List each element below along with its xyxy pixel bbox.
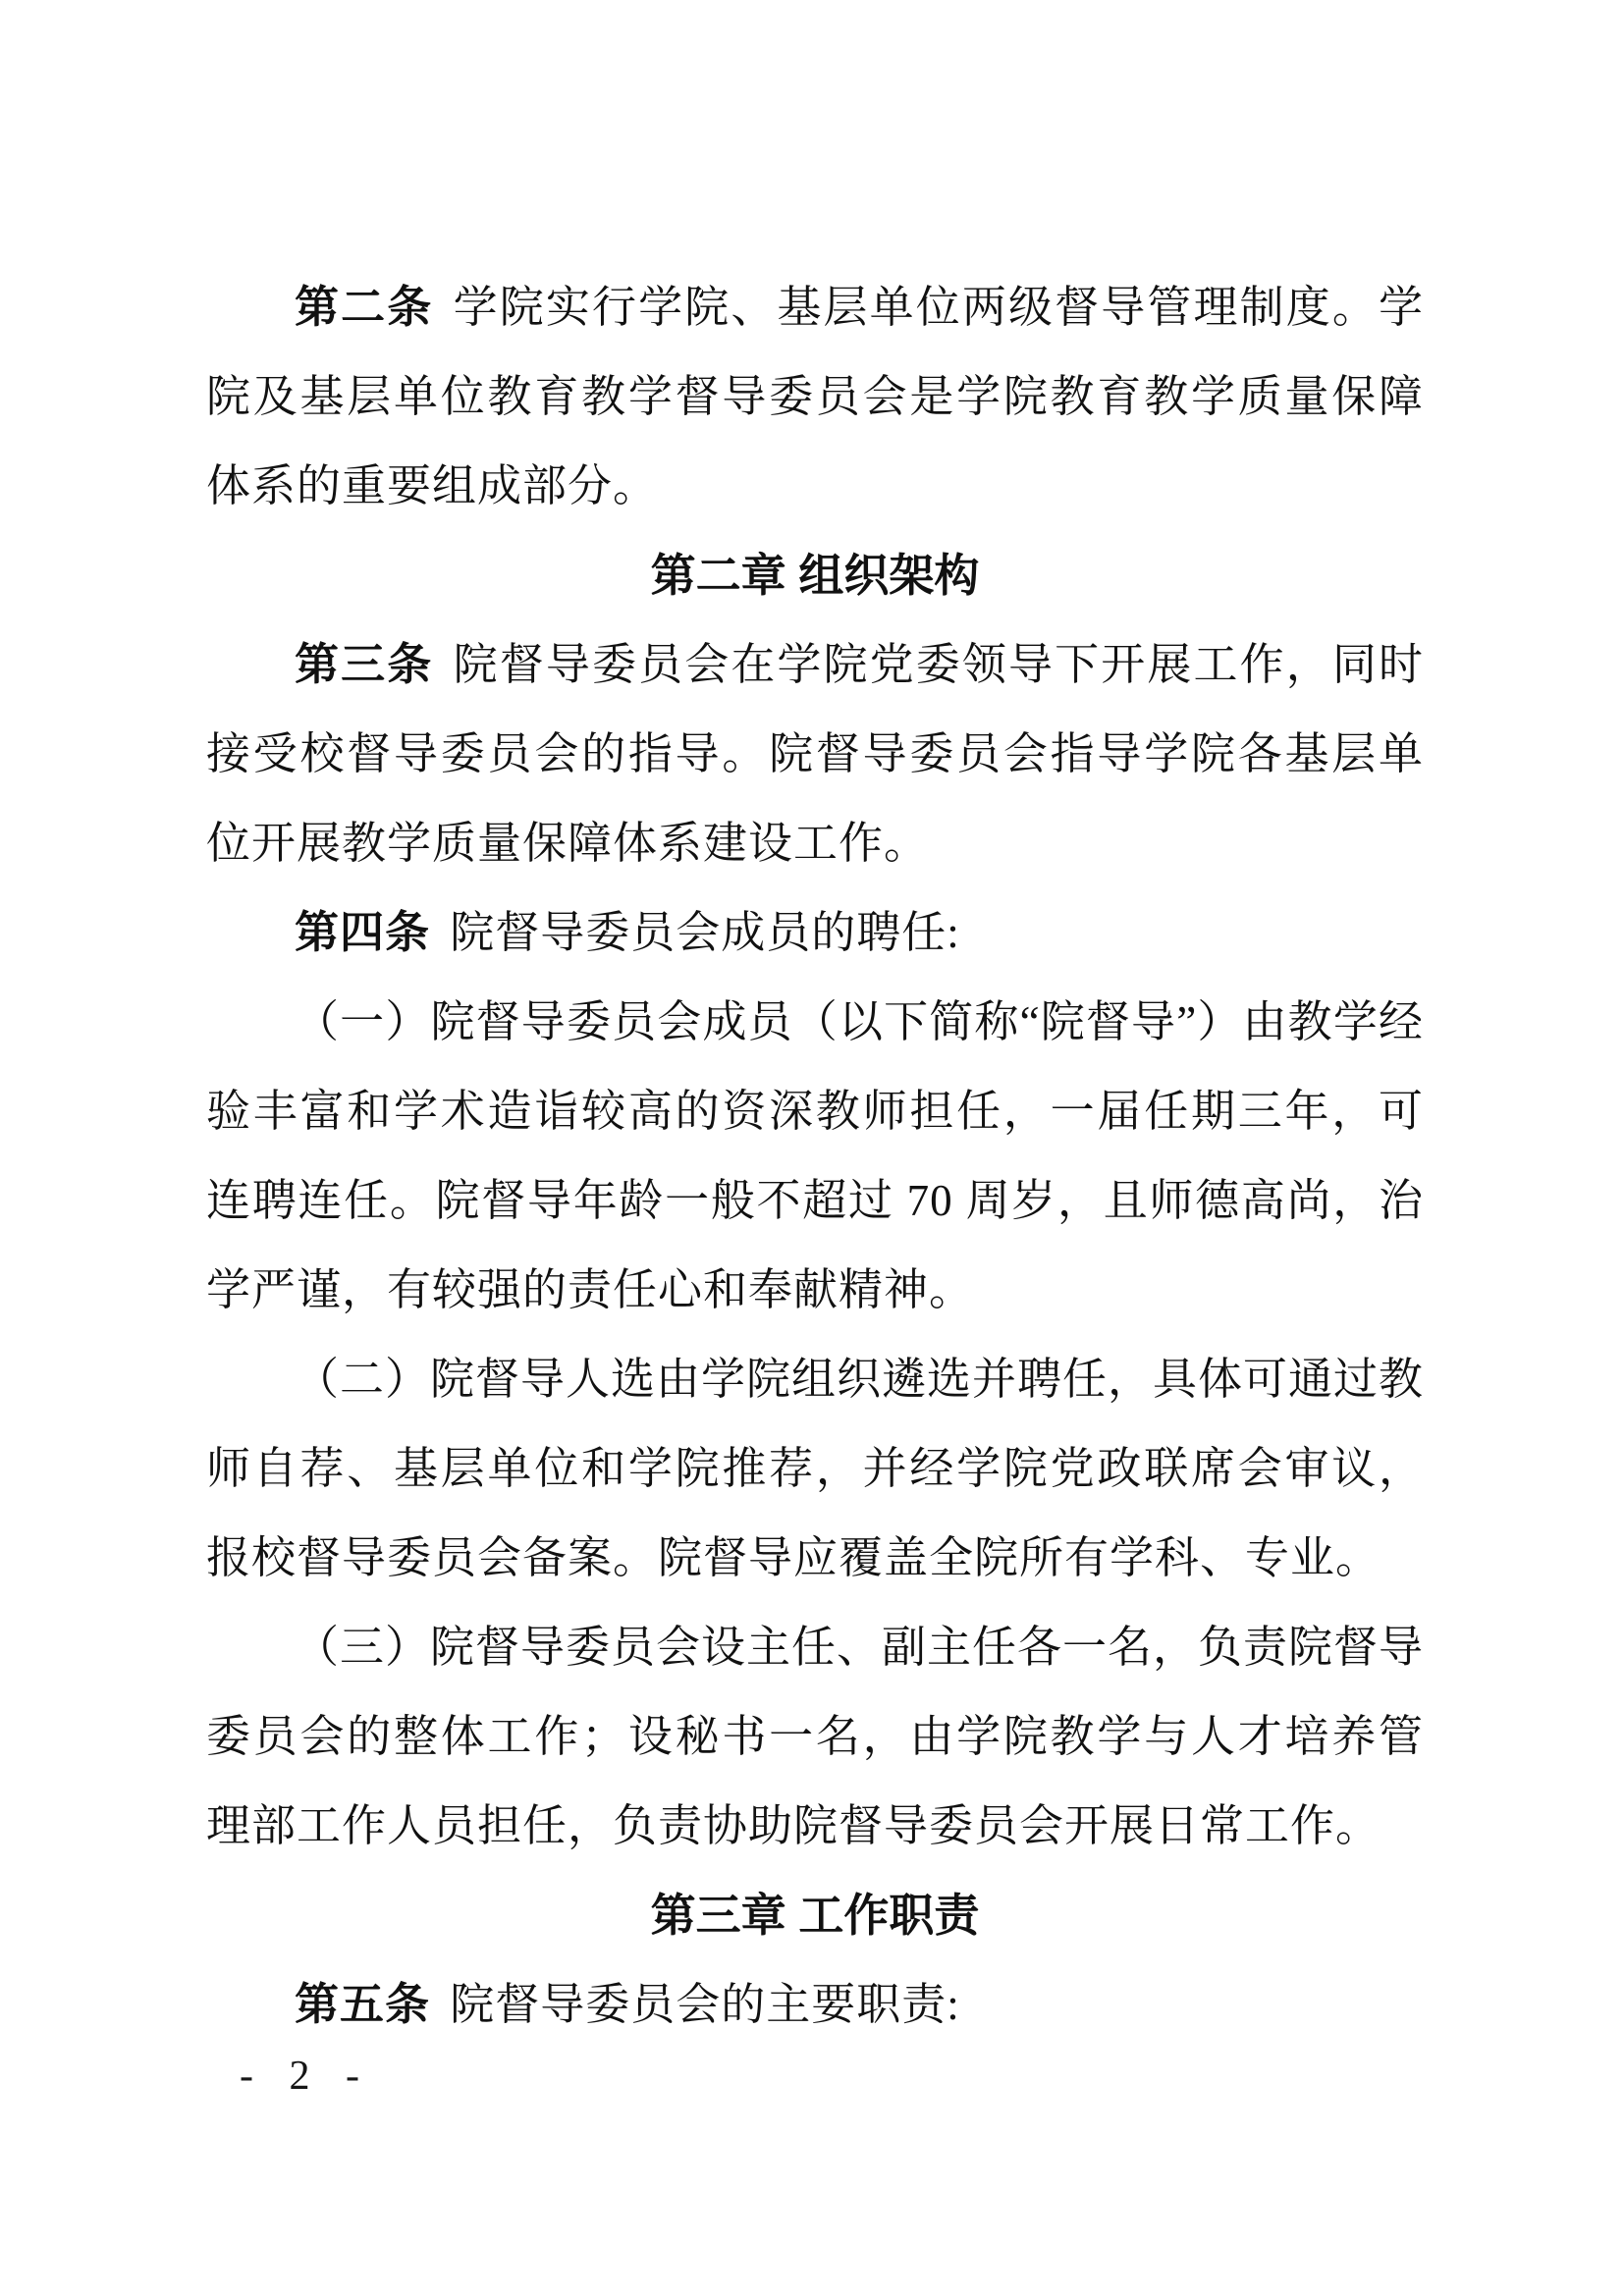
page-number: - 2 - (240, 2052, 365, 2101)
paragraph-text: 院督导委员会的主要职责: (450, 1980, 960, 2029)
article-paragraph: 第五条院督导委员会的主要职责: (206, 1960, 1424, 2050)
article-number: 第五条 (295, 1980, 430, 2029)
document-content: 第二条学院实行学院、基层单位两级督导管理制度。学院及基层单位教育教学督导委员会是… (206, 263, 1424, 2050)
list-item-paragraph: （二）院督导人选由学院组织遴选并聘任，具体可通过教师自荐、基层单位和学院推荐，并… (206, 1335, 1424, 1603)
list-item-paragraph: （三）院督导委员会设主任、副主任各一名，负责院督导委员会的整体工作；设秘书一名，… (206, 1603, 1424, 1871)
paragraph-text: （三）院督导委员会设主任、副主任各一名，负责院督导委员会的整体工作；设秘书一名，… (206, 1623, 1424, 1850)
chapter-heading: 第三章 工作职责 (206, 1871, 1424, 1960)
document-page: 第二条学院实行学院、基层单位两级督导管理制度。学院及基层单位教育教学督导委员会是… (0, 0, 1624, 2296)
paragraph-text: 院督导委员会成员的聘任: (450, 908, 960, 957)
chapter-heading: 第二章 组织架构 (206, 531, 1424, 620)
article-paragraph: 第四条院督导委员会成员的聘任: (206, 888, 1424, 978)
article-number: 第四条 (295, 908, 430, 957)
article-number: 第二条 (295, 283, 433, 332)
paragraph-text: （二）院督导人选由学院组织遴选并聘任，具体可通过教师自荐、基层单位和学院推荐，并… (206, 1355, 1424, 1582)
article-paragraph: 第二条学院实行学院、基层单位两级督导管理制度。学院及基层单位教育教学督导委员会是… (206, 263, 1424, 531)
paragraph-text: （一）院督导委员会成员（以下简称“院督导”）由教学经验丰富和学术造诣较高的资深教… (206, 997, 1424, 1314)
article-paragraph: 第三条院督导委员会在学院党委领导下开展工作，同时接受校督导委员会的指导。院督导委… (206, 620, 1424, 888)
list-item-paragraph: （一）院督导委员会成员（以下简称“院督导”）由教学经验丰富和学术造诣较高的资深教… (206, 978, 1424, 1335)
article-number: 第三条 (295, 640, 433, 689)
